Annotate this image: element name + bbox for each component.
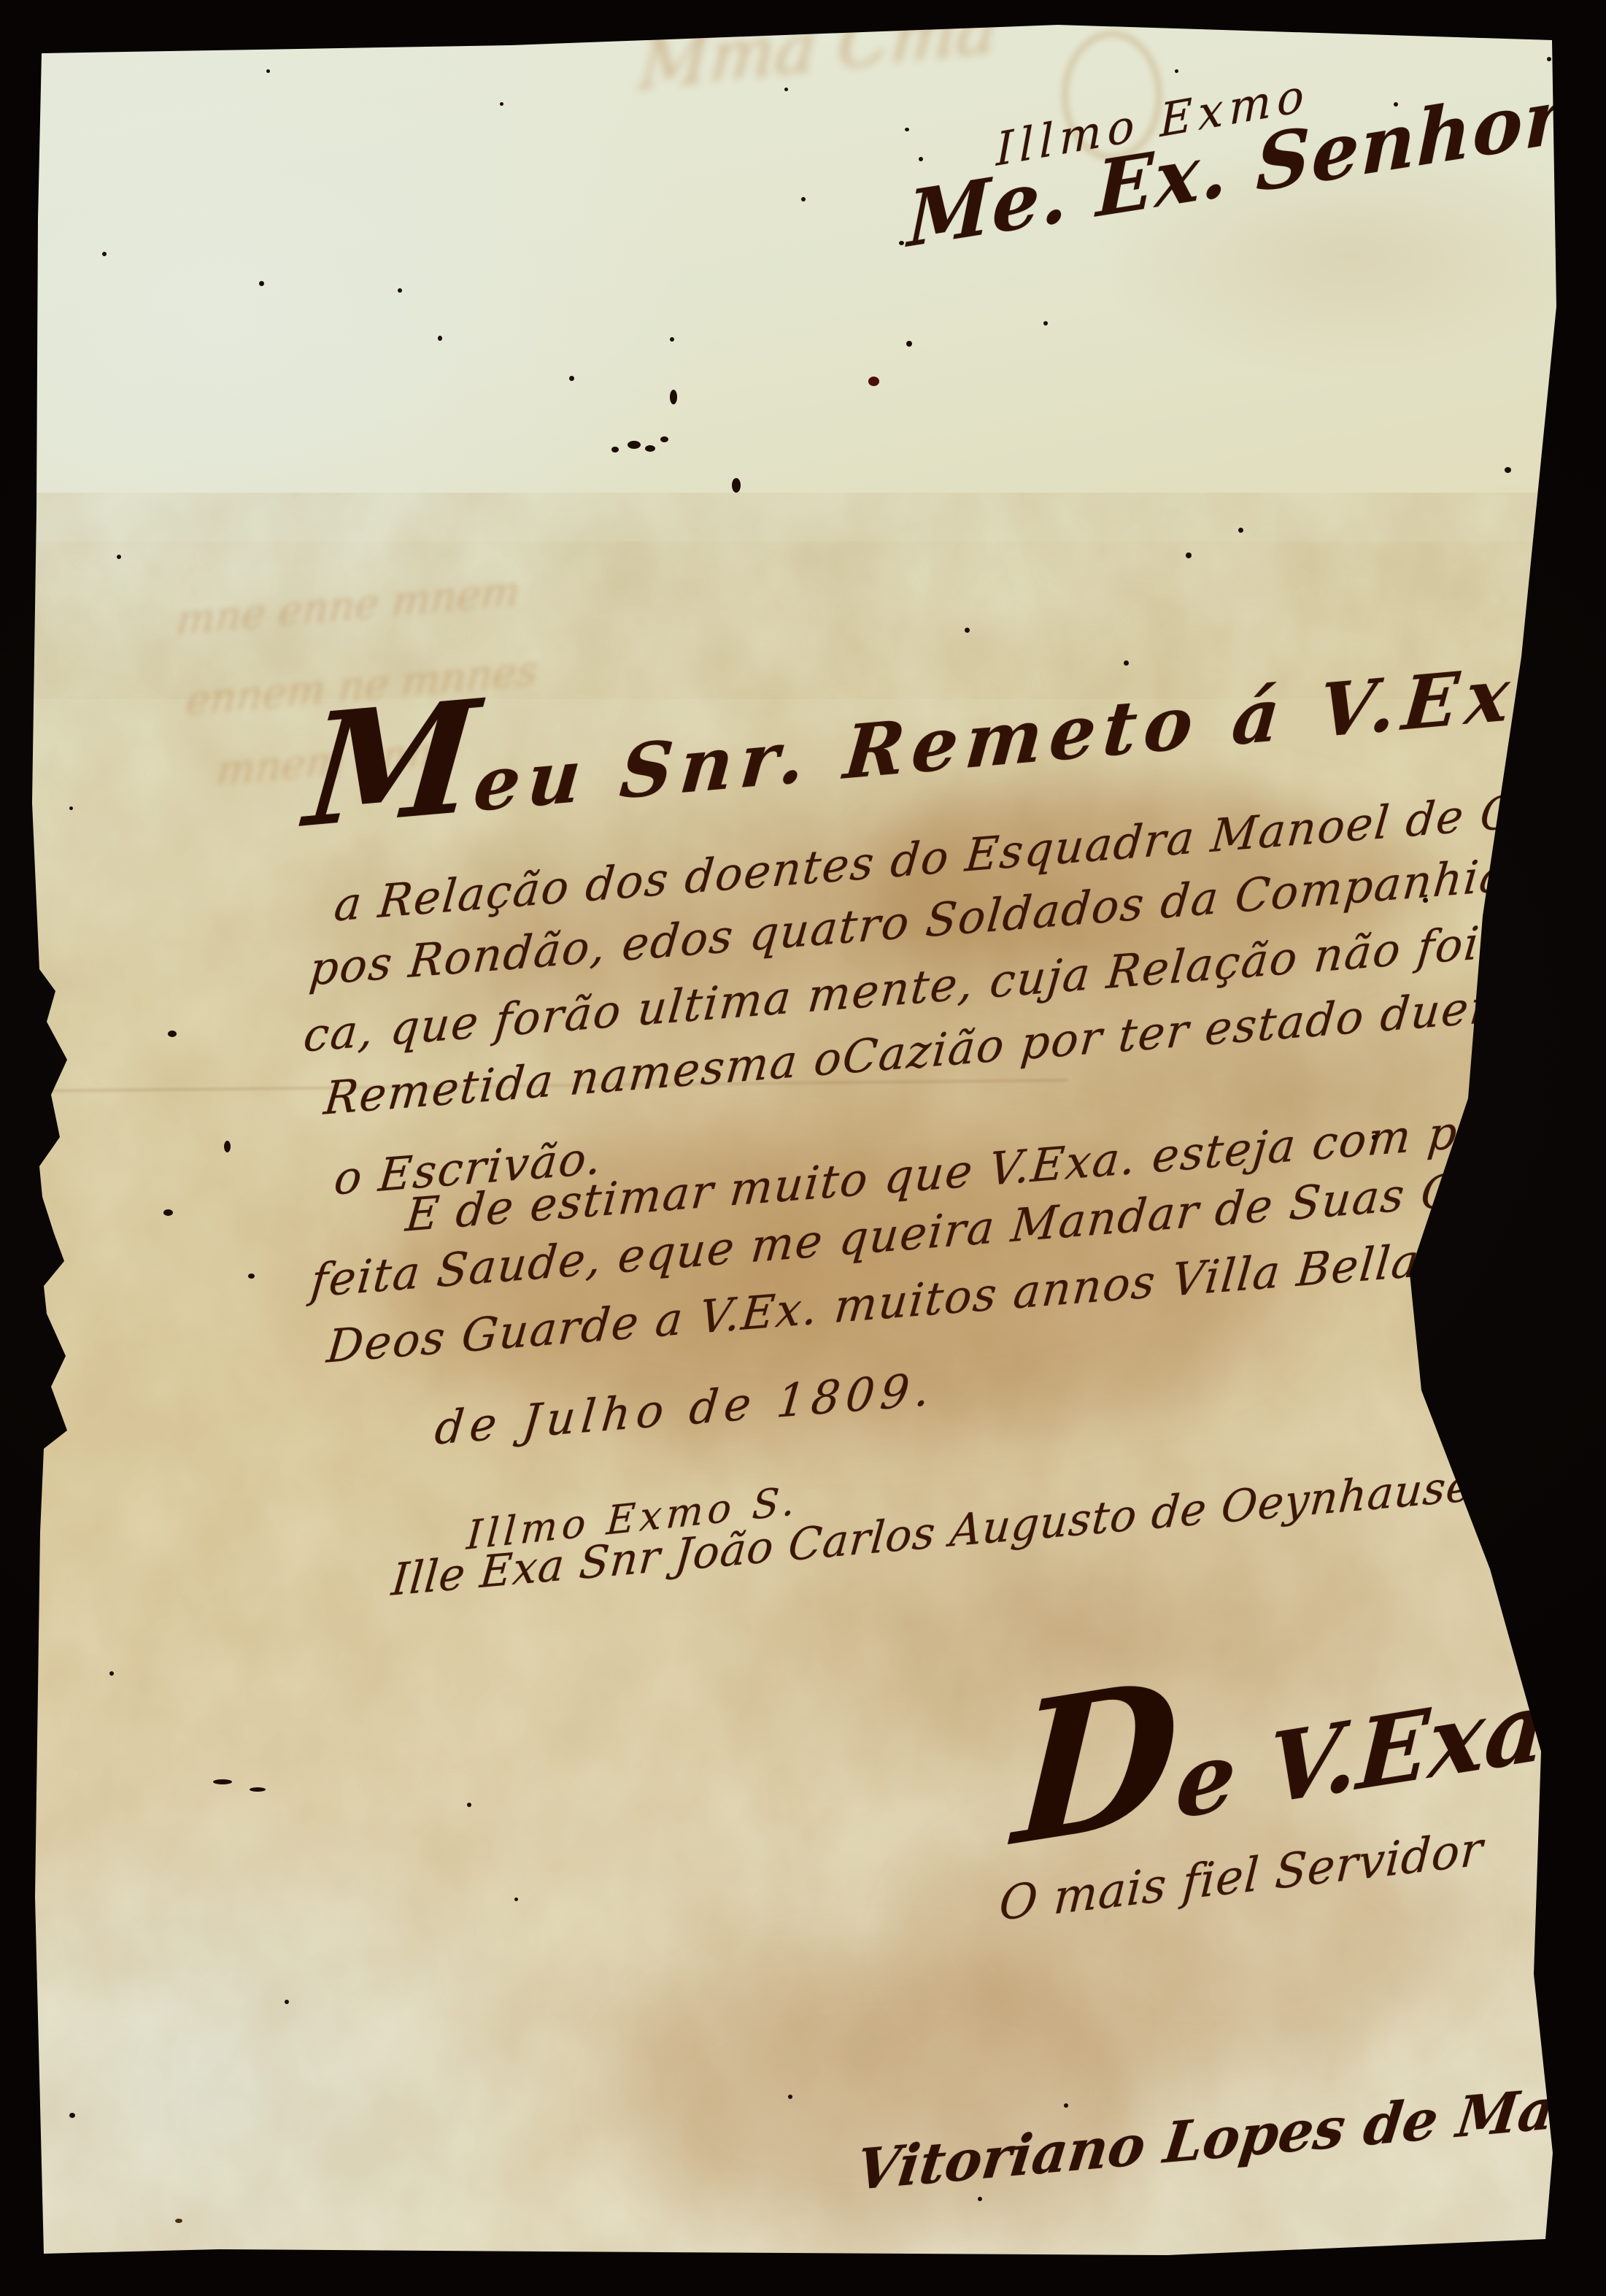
ink-speck (248, 1274, 255, 1279)
ink-speck (1372, 1135, 1377, 1140)
ink-speck (102, 252, 107, 256)
ink-speck (868, 377, 879, 386)
ink-speck (670, 337, 674, 342)
ink-speck (259, 281, 264, 286)
ink-speck (1536, 653, 1540, 658)
ink-speck (250, 1787, 266, 1792)
ink-speck (163, 1209, 173, 1216)
ink-speck (109, 1671, 114, 1676)
ink-speck (438, 336, 442, 341)
ink-speck (1238, 528, 1243, 533)
ink-speck (1064, 2103, 1068, 2108)
ink-speck (1423, 898, 1428, 903)
ink-speck (1505, 467, 1511, 473)
ink-speck (285, 2000, 289, 2004)
ink-speck (1547, 57, 1551, 61)
ink-speck (628, 441, 641, 449)
ink-speck (978, 2197, 982, 2201)
ink-speck (965, 628, 970, 633)
ink-speck (905, 128, 909, 131)
ink-speck (1186, 552, 1192, 558)
ink-speck (906, 341, 912, 347)
paper-sheet: Mma Cma mne enne mnem ennem ne mnnes mne… (0, 0, 1606, 2296)
ink-speck (467, 1803, 471, 1807)
ink-speck (213, 1779, 232, 1784)
ink-speck (899, 241, 904, 245)
ink-speck (784, 88, 788, 91)
ink-speck (69, 2113, 75, 2118)
ink-speck (660, 436, 668, 442)
ink-speck (670, 390, 677, 404)
ink-speck (500, 102, 503, 106)
ink-speck (1175, 69, 1178, 73)
photo-stage: Mma Cma mne enne mnem ennem ne mnnes mne… (0, 0, 1606, 2296)
ink-speck (266, 69, 270, 73)
ink-speck (398, 288, 402, 293)
ink-speck (168, 1030, 177, 1037)
ink-speck (69, 806, 73, 810)
ink-speck (224, 1141, 231, 1152)
ink-speck (514, 1898, 518, 1901)
ink-speck (732, 478, 741, 493)
ink-speck (788, 2095, 792, 2099)
ink-speck (569, 376, 574, 381)
ink-speck (801, 197, 806, 201)
ink-speck (1521, 1496, 1526, 1501)
ink-speck (919, 157, 923, 161)
ink-speck (117, 555, 121, 559)
ink-speck (175, 2219, 182, 2223)
ink-speck (1394, 102, 1398, 107)
ink-speck (1124, 660, 1129, 666)
ink-speck (611, 447, 619, 452)
ink-speck (1043, 321, 1048, 325)
ink-speck (645, 445, 655, 452)
